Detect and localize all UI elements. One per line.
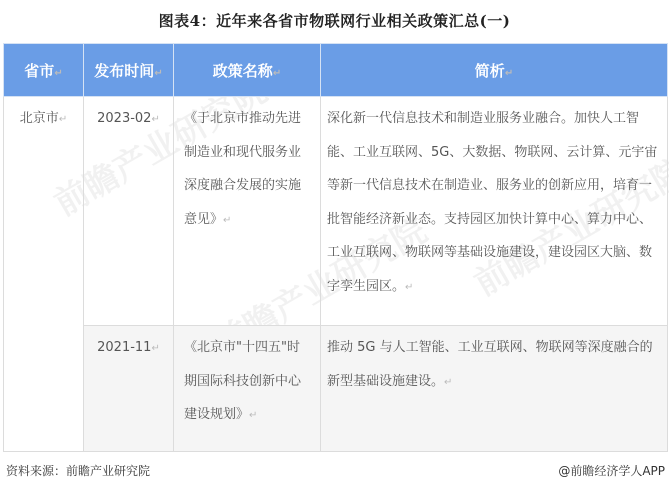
- table-header-row: 省市↵ 发布时间↵ 政策名称↵ 简析↵: [4, 44, 668, 97]
- credit-note: @前瞻经济学人APP: [558, 462, 665, 479]
- cell-date: 2023-02↵: [84, 97, 174, 326]
- table-row: 2021-11↵ 《北京市"十四五"时期国际科技创新中心建设规划》↵ 推动 5G…: [4, 326, 668, 452]
- cell-policy-name: 《于北京市推动先进制造业和现代服务业深度融合发展的实施意见》↵: [174, 97, 321, 326]
- page-title: 图表4：近年来各省市物联网行业相关政策汇总(一): [0, 10, 669, 31]
- table-row: 北京市↵ 2023-02↵ 《于北京市推动先进制造业和现代服务业深度融合发展的实…: [4, 97, 668, 326]
- header-analysis: 简析↵: [321, 44, 668, 97]
- cell-analysis: 推动 5G 与人工智能、工业互联网、物联网等深度融合的新型基础设施建设。↵: [321, 326, 668, 452]
- cell-date: 2021-11↵: [84, 326, 174, 452]
- cell-province: 北京市↵: [4, 97, 84, 452]
- header-province: 省市↵: [4, 44, 84, 97]
- header-policy-name: 政策名称↵: [174, 44, 321, 97]
- header-date: 发布时间↵: [84, 44, 174, 97]
- cell-policy-name: 《北京市"十四五"时期国际科技创新中心建设规划》↵: [174, 326, 321, 452]
- source-note: 资料来源：前瞻产业研究院: [6, 462, 150, 479]
- cell-analysis: 深化新一代信息技术和制造业服务业融合。加快人工智能、工业互联网、5G、大数据、物…: [321, 97, 668, 326]
- policy-table: 省市↵ 发布时间↵ 政策名称↵ 简析↵ 北京市↵ 2023-02↵ 《于北京市推…: [3, 43, 668, 452]
